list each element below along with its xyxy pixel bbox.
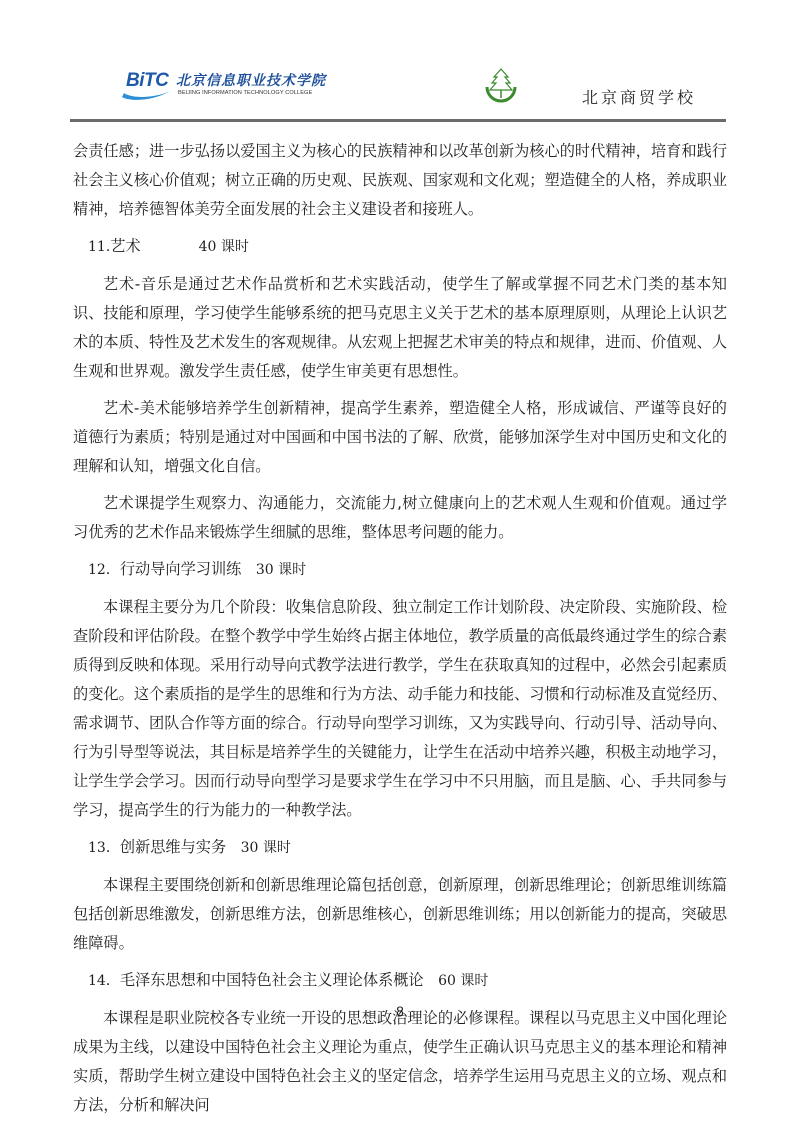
college-name-cn: 北京信息职业技术学院 (176, 70, 326, 90)
section-hours: 40 课时 (199, 239, 249, 255)
section-paragraph: 本课程主要围绕创新和创新思维理论篇包括创意，创新原理，创新思维理论；创新思维训练… (73, 871, 727, 958)
section-hours: 30 课时 (256, 562, 306, 578)
section-paragraph: 艺术课提学生观察力、沟通能力，交流能力,树立健康向上的艺术观人生观和价值观。通过… (73, 489, 727, 547)
tree-emblem-icon (482, 65, 520, 109)
bitc-mark: BiTC (126, 70, 168, 92)
section-paragraph: 艺术-美术能够培养学生创新精神，提高学生素养，塑造健全人格，形成诚信、严谨等良好… (73, 394, 727, 481)
section-paragraph: 本课程主要分为几个阶段：收集信息阶段、独立制定工作计划阶段、决定阶段、实施阶段、… (73, 593, 727, 825)
section-spacer (141, 237, 199, 255)
section-paragraph: 本课程是职业院校各专业统一开设的思想政治理论的必修课程。课程以马克思主义中国化理… (73, 1004, 727, 1120)
section-title: 创新思维与实务 (120, 838, 226, 856)
header-divider (70, 119, 726, 122)
bitc-college-logo: BiTC 北京信息职业技术学院 BEIJING INFORMATION TECH… (120, 67, 320, 103)
section-heading-12: 12．行动导向学习训练 30 课时 (73, 555, 727, 585)
section-paragraph: 艺术-音乐是通过艺术作品赏析和艺术实践活动，使学生了解或掌握不同艺术门类的基本知… (73, 270, 727, 386)
section-number: 11. (88, 239, 110, 255)
section-spacer (226, 838, 240, 856)
college-name-en: BEIJING INFORMATION TECHNOLOGY COLLEGE (178, 90, 312, 96)
section-spacer (241, 560, 255, 578)
section-title: 毛泽东思想和中国特色社会主义理论体系概论 (120, 971, 424, 989)
section-hours: 60 课时 (438, 973, 488, 989)
section-heading-13: 13．创新思维与实务 30 课时 (73, 833, 727, 863)
section-title: 艺术 (110, 237, 140, 255)
section-hours: 30 课时 (241, 840, 291, 856)
page-header: BiTC 北京信息职业技术学院 BEIJING INFORMATION TECH… (70, 55, 726, 121)
document-body: 会责任感；进一步弘扬以爱国主义为核心的民族精神和以改革创新为核心的时代精神，培育… (73, 137, 727, 1120)
page-number: 8 (0, 1003, 800, 1019)
section-number: 13． (88, 840, 120, 856)
intro-paragraph: 会责任感；进一步弘扬以爱国主义为核心的民族精神和以改革创新为核心的时代精神，培育… (73, 137, 727, 224)
section-heading-11: 11.艺术 40 课时 (73, 232, 727, 262)
section-number: 12． (88, 562, 120, 578)
section-spacer (424, 971, 438, 989)
section-heading-14: 14．毛泽东思想和中国特色社会主义理论体系概论 60 课时 (73, 966, 727, 996)
section-title: 行动导向学习训练 (120, 560, 242, 578)
school-name: 北京商贸学校 (582, 85, 696, 108)
section-number: 14． (88, 973, 120, 989)
